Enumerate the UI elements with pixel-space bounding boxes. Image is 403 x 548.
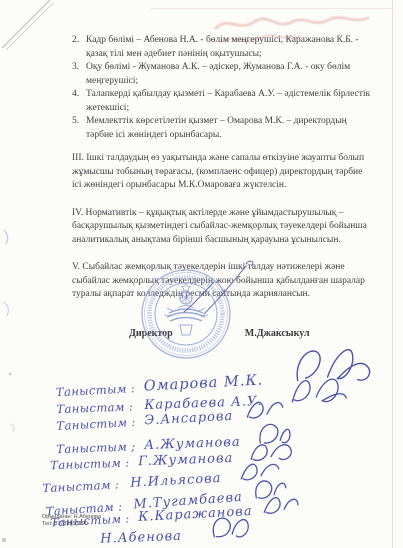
executor-phone: Тел: 87785897390	[42, 521, 101, 528]
director-name: М.Джаксыкул	[245, 327, 310, 341]
list-item: 2. Кадр бөлімі – Абенова Н.А. - бөлім ме…	[72, 34, 374, 61]
signature-scribble	[150, 258, 260, 328]
list-item: 5. Мемлекттік көрсетілетін қызмет – Омар…	[72, 115, 374, 142]
paragraph-iii: III. Ішкі талдаудың өз уақытында және са…	[72, 152, 374, 193]
list-number: 5.	[72, 115, 86, 142]
scanned-document-page: 2. Кадр бөлімі – Абенова Н.А. - бөлім ме…	[0, 0, 403, 548]
signature-scribble	[207, 511, 254, 543]
executor-name: Орындаган: Н.Абенова	[42, 514, 101, 521]
list-number: 3.	[72, 61, 86, 88]
signature-scribble	[260, 490, 301, 518]
list-text: Мемлекттік көрсетілетін қызмет – Омарова…	[86, 115, 347, 142]
executor-footer: Орындаган: Н.Абенова Тел: 87785897390	[42, 514, 101, 528]
handwritten-row: Н.Абенова	[100, 511, 255, 546]
working-group-list: 2. Кадр бөлімі – Абенова Н.А. - бөлім ме…	[72, 34, 374, 142]
list-text: Оқу бөлімі - Жуманова А.К. – әдіскер, Жу…	[86, 61, 350, 88]
paragraph-iv: IV. Нормативтік – құқықтық актілерде жән…	[72, 207, 374, 248]
list-item: 3. Оқу бөлімі - Жуманова А.К. – әдіскер,…	[72, 61, 374, 88]
list-text: Кадр бөлімі – Абенова Н.А. - бөлім меңге…	[86, 34, 359, 61]
scan-artifacts	[0, 0, 18, 548]
list-number: 2.	[72, 34, 86, 61]
list-item: 4. Талапкерді қабылдау қызметі – Карабае…	[72, 88, 374, 115]
signature-scribble	[288, 372, 351, 408]
signer-name: Н.Абенова	[100, 529, 182, 547]
list-number: 4.	[72, 88, 86, 115]
list-text: Талапкерді қабылдау қызметі – Карабаева …	[86, 88, 370, 115]
scan-edge-line	[392, 0, 393, 548]
